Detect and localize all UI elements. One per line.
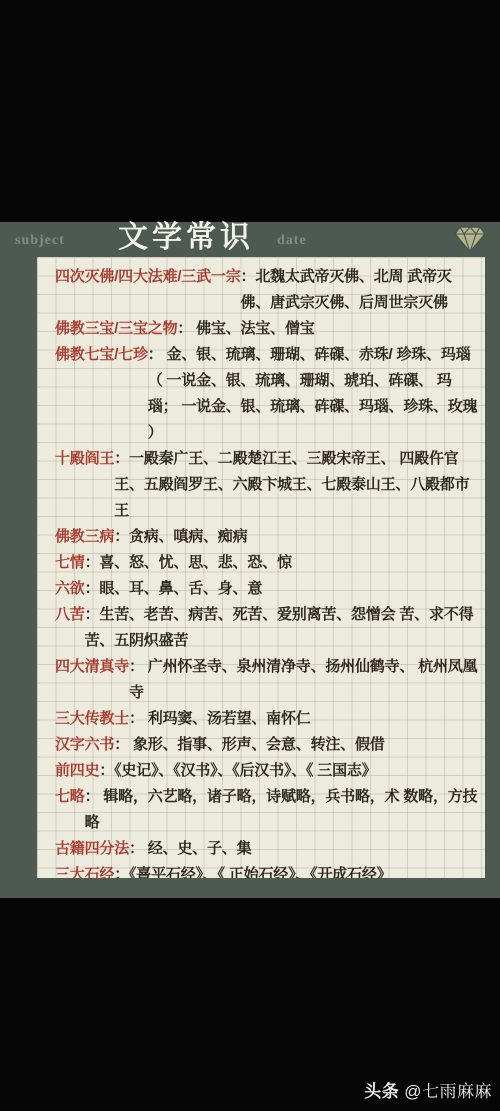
page: subject 文学常识 date 四次灭佛/四大法难/三武一宗 ：北魏太武帝灭… [0, 0, 500, 1111]
entry-definition: ：北魏太武帝灭佛、北周 武帝灭佛、唐武宗灭佛、后周世宗灭佛 [241, 264, 479, 316]
gem-icon [453, 223, 487, 255]
entry-term: 八苦 [55, 602, 85, 628]
entry-definition: ：眼、耳、鼻、舌、身、意 [85, 576, 479, 602]
entry-definition: ： 金、银、琉璃、珊瑚、砗磲、赤珠/ 珍珠、玛瑙（ 一说金、银、琉璃、珊瑚、琥珀… [148, 342, 479, 446]
date-label: date [277, 233, 307, 249]
entry-definition: ： 象形、指事、形声、会意、转注、假借 [114, 732, 479, 758]
entry-definition: ： 辑略，六艺略，诸子略，诗赋略，兵书略，术 数略，方技略 [85, 784, 479, 836]
note-entry: 佛教三宝/三宝之物 ： 佛宝、法宝、僧宝 [55, 316, 479, 342]
entry-definition: ： 广州怀圣寺、泉州清净寺、扬州仙鹤寺、 杭州凤凰寺 [129, 654, 479, 706]
entry-term: 汉字六书 [55, 732, 114, 758]
note-entry: 三大石经 ：《熹平石经》、《 正始石经》、《开成石经》 [55, 862, 479, 878]
note-entry: 佛教七宝/七珍 ： 金、银、琉璃、珊瑚、砗磲、赤珠/ 珍珠、玛瑙（ 一说金、银、… [55, 342, 479, 446]
watermark-brand: 头条 [364, 1082, 399, 1101]
note-entry: 四次灭佛/四大法难/三武一宗 ：北魏太武帝灭佛、北周 武帝灭佛、唐武宗灭佛、后周… [55, 264, 479, 316]
entry-term: 佛教三宝/三宝之物 [55, 316, 177, 342]
notes-paper: 四次灭佛/四大法难/三武一宗 ：北魏太武帝灭佛、北周 武帝灭佛、唐武宗灭佛、后周… [37, 257, 485, 878]
entry-term: 佛教七宝/七珍 [55, 342, 148, 368]
entry-term: 四次灭佛/四大法难/三武一宗 [55, 264, 241, 290]
note-entry: 佛教三病 ：贪病、嗔病、痴病 [55, 524, 479, 550]
entry-term: 四大清真寺 [55, 654, 129, 680]
note-entry: 三大传教士 ： 利玛窦、汤若望、南怀仁 [55, 706, 479, 732]
entry-definition: ：一殿秦广王、二殿楚江王、三殿宋帝王、 四殿仵官王、五殿阎罗王、六殿卞城王、七殿… [114, 446, 479, 524]
note-entry: 七略 ： 辑略，六艺略，诸子略，诗赋略，兵书略，术 数略，方技略 [55, 784, 479, 836]
entry-term: 三大传教士 [55, 706, 129, 732]
note-entry: 十殿阎王 ：一殿秦广王、二殿楚江王、三殿宋帝王、 四殿仵官王、五殿阎罗王、六殿卞… [55, 446, 479, 524]
entry-term: 佛教三病 [55, 524, 114, 550]
watermark: 头条@七雨麻麻 [364, 1077, 492, 1102]
entry-definition: ：《熹平石经》、《 正始石经》、《开成石经》 [114, 862, 479, 878]
note-entry: 八苦 ：生苦、老苦、病苦、死苦、爱别离苦、怨憎会 苦、求不得苦、五阴炽盛苦 [55, 602, 479, 654]
note-entry: 七情 ：喜、怒、忧、思、悲、恐、惊 [55, 550, 479, 576]
entry-term: 三大石经 [55, 862, 114, 878]
entry-definition: ： 利玛窦、汤若望、南怀仁 [129, 706, 479, 732]
entry-definition: ：贪病、嗔病、痴病 [114, 524, 479, 550]
note-entry: 六欲 ：眼、耳、鼻、舌、身、意 [55, 576, 479, 602]
entry-definition: ： 经、史、子、集 [129, 836, 479, 862]
note-entry: 前四史 ：《史记》、《汉书》、《后汉书》、《 三国志》 [55, 758, 479, 784]
entry-definition: ： 佛宝、法宝、僧宝 [177, 316, 479, 342]
entry-term: 古籍四分法 [55, 836, 129, 862]
note-entry: 古籍四分法 ： 经、史、子、集 [55, 836, 479, 862]
entry-term: 七情 [55, 550, 85, 576]
note-entry: 四大清真寺 ： 广州怀圣寺、泉州清净寺、扬州仙鹤寺、 杭州凤凰寺 [55, 654, 479, 706]
entry-term: 七略 [55, 784, 85, 810]
note-entry: 汉字六书 ： 象形、指事、形声、会意、转注、假借 [55, 732, 479, 758]
watermark-handle: @七雨麻麻 [404, 1082, 492, 1101]
subject-label: subject [15, 233, 65, 249]
entries: 四次灭佛/四大法难/三武一宗 ：北魏太武帝灭佛、北周 武帝灭佛、唐武宗灭佛、后周… [55, 264, 479, 878]
entry-term: 前四史 [55, 758, 99, 784]
entry-term: 十殿阎王 [55, 446, 114, 472]
entry-definition: ：生苦、老苦、病苦、死苦、爱别离苦、怨憎会 苦、求不得苦、五阴炽盛苦 [85, 602, 479, 654]
entry-term: 六欲 [55, 576, 85, 602]
page-title: 文学常识 [118, 222, 254, 256]
note-board: subject 文学常识 date 四次灭佛/四大法难/三武一宗 ：北魏太武帝灭… [0, 222, 500, 898]
entry-definition: ：《史记》、《汉书》、《后汉书》、《 三国志》 [99, 758, 479, 784]
entry-definition: ：喜、怒、忧、思、悲、恐、惊 [85, 550, 479, 576]
